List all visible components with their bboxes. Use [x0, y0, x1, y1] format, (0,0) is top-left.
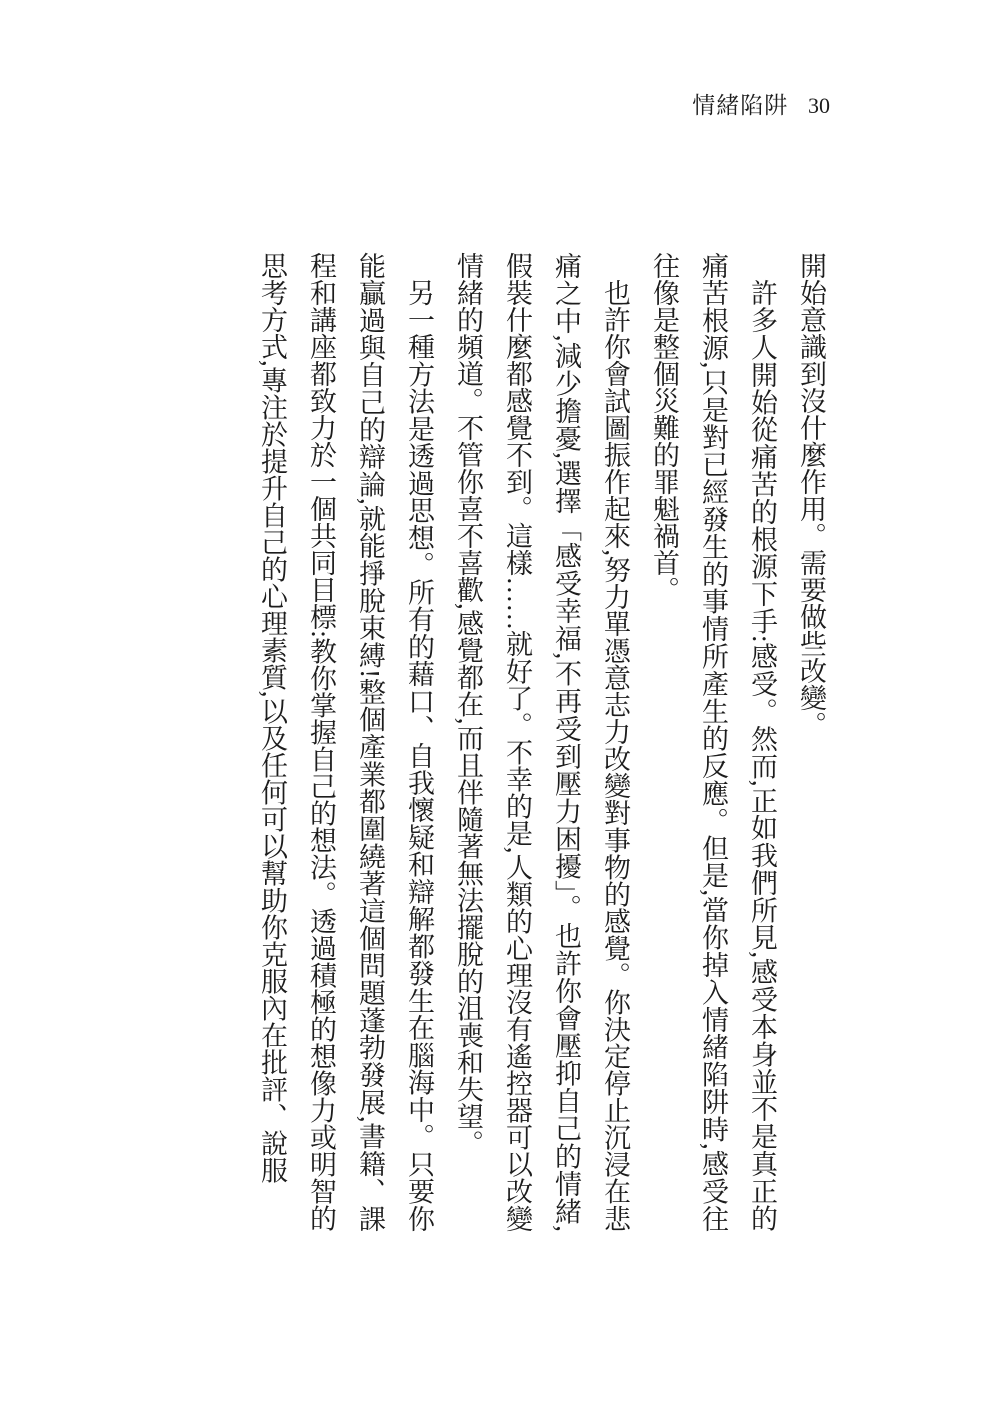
book-page: 情緒陷阱 30 開始意識到沒什麼作用。需要做些改變。 許多人開始從痛苦的根源下手…	[0, 0, 1000, 1403]
paragraph: 也許你會試圖振作起來,努力單憑意志力改變對事物的感覺。你決定停止沉浸在悲痛之中,…	[443, 252, 639, 1232]
paragraph: 許多人開始從痛苦的根源下手:感受。然而,正如我們所見,感受本身並不是真正的痛苦根…	[639, 252, 786, 1232]
paragraph: 另一種方法是透過思想。所有的藉口、自我懷疑和辯解都發生在腦海中。只要你能贏過與自…	[247, 252, 443, 1232]
page-number: 30	[808, 93, 830, 118]
body-text: 開始意識到沒什麼作用。需要做些改變。 許多人開始從痛苦的根源下手:感受。然而,正…	[105, 252, 835, 1232]
running-head: 情緒陷阱 30	[692, 92, 830, 120]
running-head-title: 情緒陷阱	[692, 93, 788, 118]
paragraph: 開始意識到沒什麼作用。需要做些改變。	[786, 252, 835, 1232]
